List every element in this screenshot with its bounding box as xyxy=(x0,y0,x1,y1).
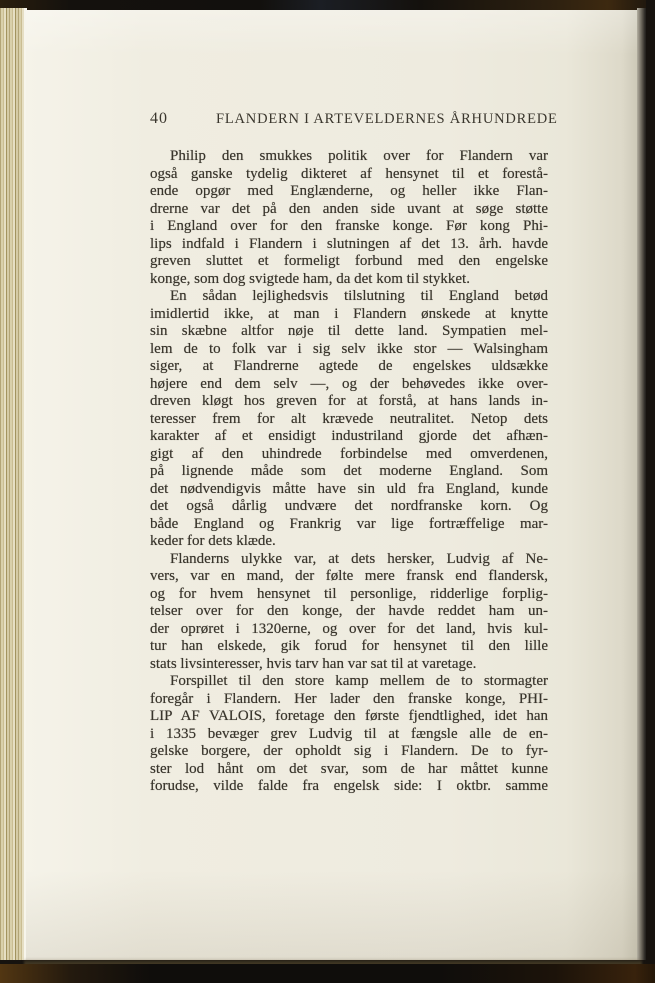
text-line: sin skæbne altfor nøje til dette land. S… xyxy=(150,323,548,341)
text-line: i 1335 bevæger grev Ludvig til at fængsl… xyxy=(150,726,548,744)
running-header-title: FLANDERN I ARTEVELDERNES ÅRHUNDREDE xyxy=(168,111,558,128)
text-line: Philip den smukkes politik over for Flan… xyxy=(150,148,548,166)
running-header: 40 FLANDERN I ARTEVELDERNES ÅRHUNDREDE xyxy=(150,110,548,128)
text-line: og for hvem hensynet til personlige, rid… xyxy=(150,586,548,604)
text-line: på lignende måde som det moderne England… xyxy=(150,463,548,481)
text-line: gigt af den uhindrede forbindelse med om… xyxy=(150,446,548,464)
text-line: teresser frem for alt krævede neutralite… xyxy=(150,411,548,429)
text-line: tur han elskede, gik forud for hensynet … xyxy=(150,638,548,656)
text-block: Philip den smukkes politik over for Flan… xyxy=(150,148,548,796)
text-line: lips indfald i Flandern i slutningen af … xyxy=(150,236,548,254)
text-line: keder for dets klæde. xyxy=(150,533,548,551)
text-line: LIP AF VALOIS, foretage den første fjend… xyxy=(150,708,548,726)
page-number: 40 xyxy=(150,110,168,128)
book-scan: 40 FLANDERN I ARTEVELDERNES ÅRHUNDREDE P… xyxy=(0,0,655,983)
text-line: dreven kløgt hos greven for at forstå, a… xyxy=(150,393,548,411)
text-line: En sådan lejlighedsvis tilslutning til E… xyxy=(150,288,548,306)
text-line: det nødvendigvis måtte have sin uld fra … xyxy=(150,481,548,499)
text-line: Forspillet til den store kamp mellem de … xyxy=(150,673,548,691)
text-line: både England og Frankrig var lige fortræ… xyxy=(150,516,548,534)
text-line: også ganske tydelig dikteret af hensynet… xyxy=(150,166,548,184)
text-line: der oprøret i 1320erne, og over for det … xyxy=(150,621,548,639)
text-line: gelske borgere, der opholdt sig i Flande… xyxy=(150,743,548,761)
text-line: siger, at Flandrerne agtede de engelskes… xyxy=(150,358,548,376)
text-line: foregår i Flandern. Her lader den fransk… xyxy=(150,691,548,709)
book-cover-bottom-edge xyxy=(0,964,655,983)
text-line: ende opgør med Englænderne, og heller ik… xyxy=(150,183,548,201)
text-line: det også dårlig undvære det nordfranske … xyxy=(150,498,548,516)
text-line: greven sluttet et formeligt forbund med … xyxy=(150,253,548,271)
text-line: forudse, vilde falde fra engelsk side: I… xyxy=(150,778,548,796)
text-line: i England over for den franske konge. Fø… xyxy=(150,218,548,236)
text-line: vers, var en mand, der følte mere fransk… xyxy=(150,568,548,586)
text-line: Flanderns ulykke var, at dets hersker, L… xyxy=(150,551,548,569)
text-line: højere end dem selv —, og der behøvedes … xyxy=(150,376,548,394)
book-cover-right-edge xyxy=(646,0,655,983)
text-line: stats livsinteresser, hvis tarv han var … xyxy=(150,656,548,674)
book-page: 40 FLANDERN I ARTEVELDERNES ÅRHUNDREDE P… xyxy=(26,10,641,960)
text-line: konge, som dog svigtede ham, da det kom … xyxy=(150,271,548,289)
text-line: drerne var det på den anden side uvant a… xyxy=(150,201,548,219)
text-line: lem de to folk var i sig selv ikke stor … xyxy=(150,341,548,359)
stacked-page-edges-left xyxy=(0,8,27,960)
text-line: karakter af et ensidigt industriland gjo… xyxy=(150,428,548,446)
text-line: ster lod hånt om det svar, som de har må… xyxy=(150,761,548,779)
text-line: telser over for den konge, der havde red… xyxy=(150,603,548,621)
text-line: imidlertid ikke, at man i Flandern ønske… xyxy=(150,306,548,324)
